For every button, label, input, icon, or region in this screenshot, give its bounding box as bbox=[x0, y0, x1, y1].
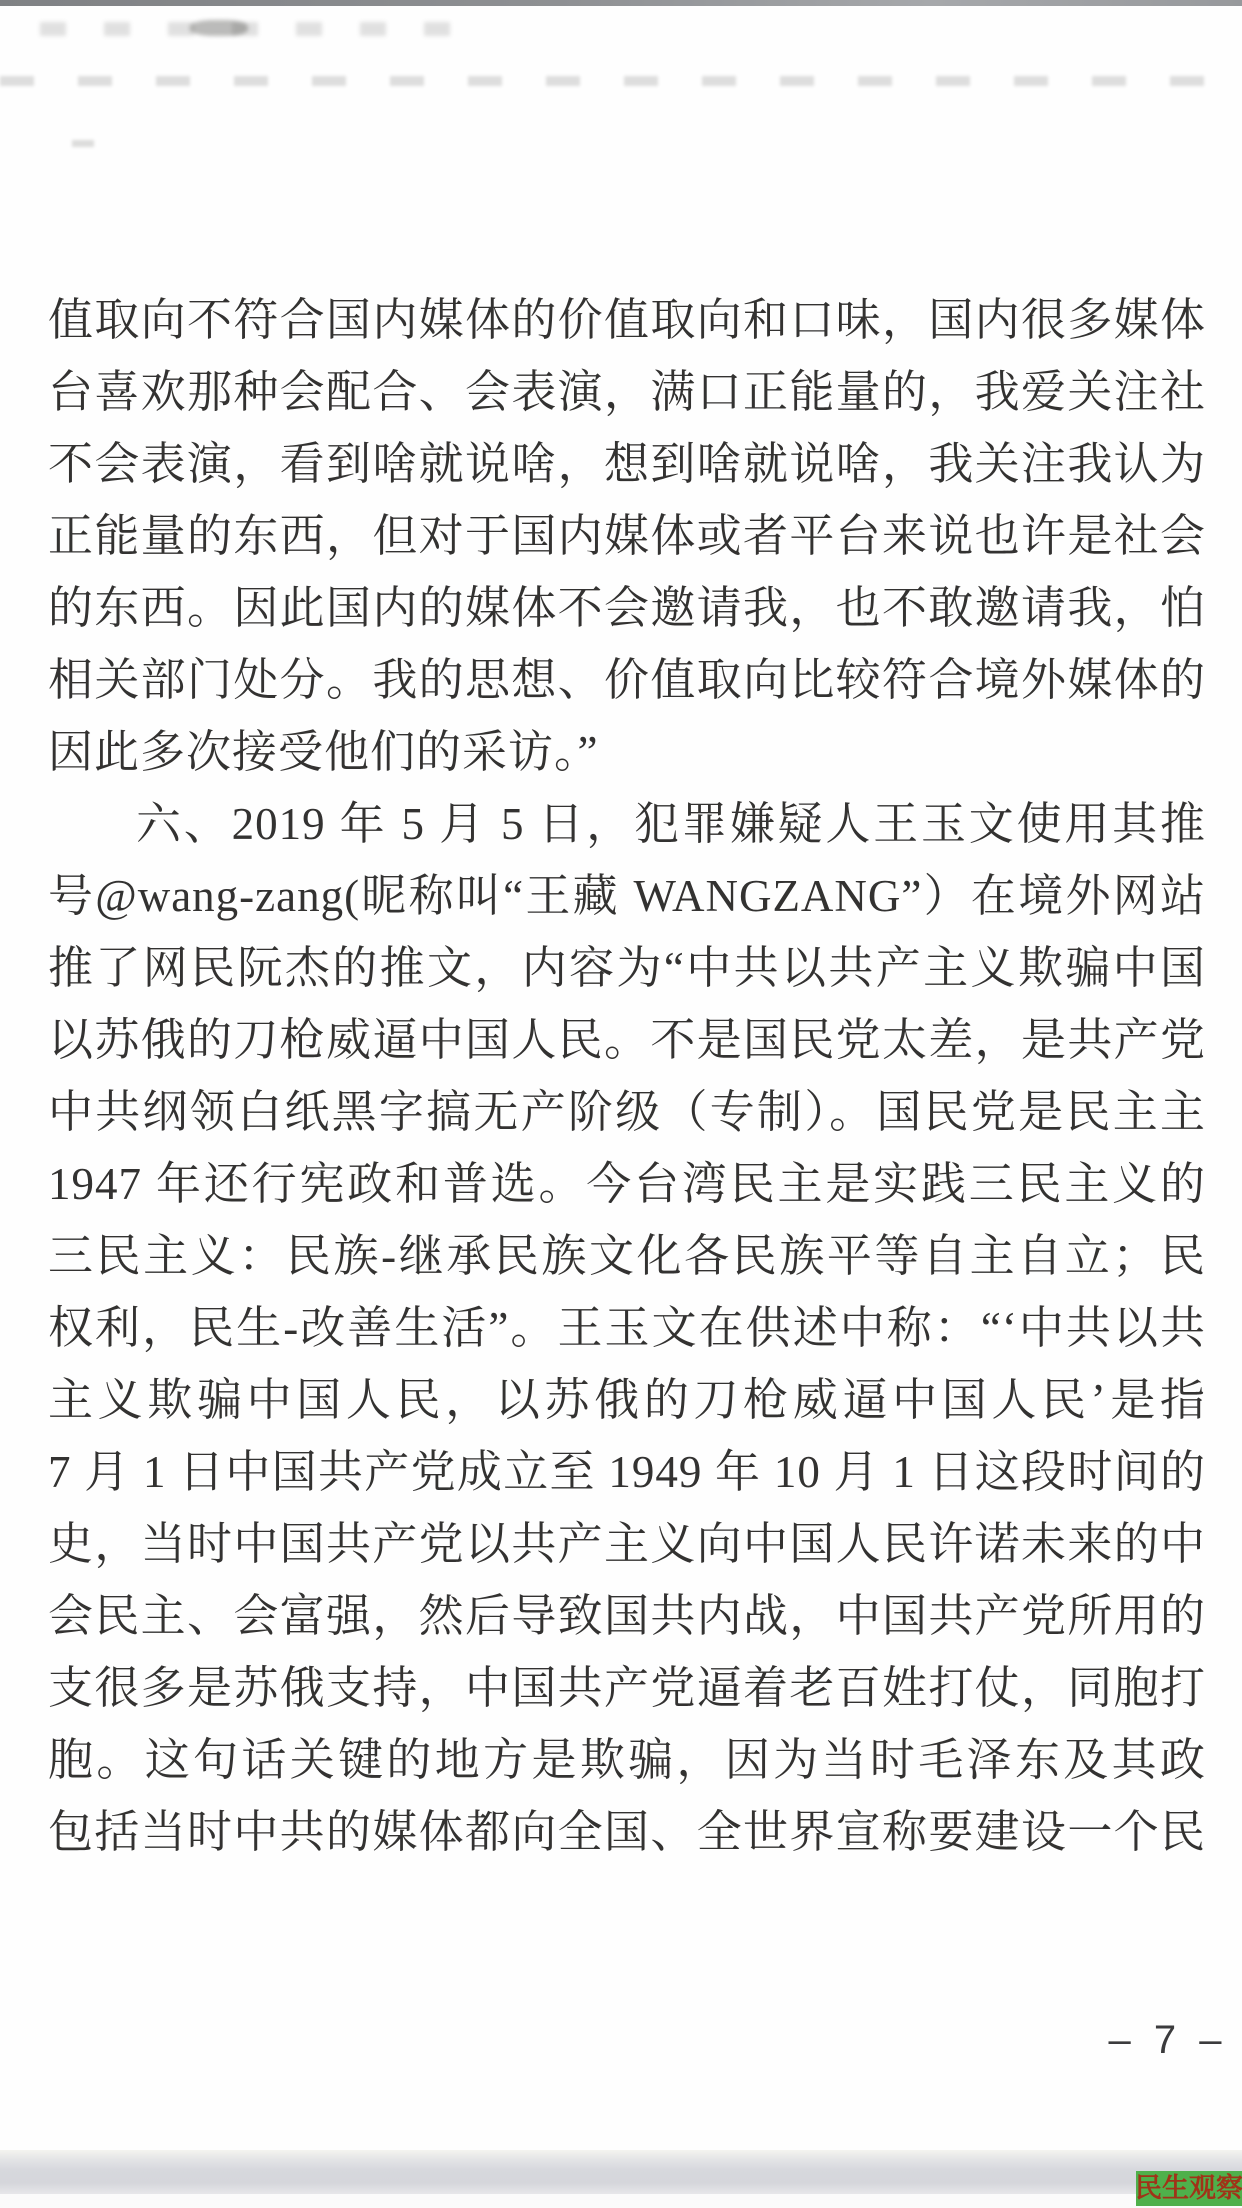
text-line: 7 月 1 日中国共产党成立至 1949 年 10 月 1 日这段时间的历 bbox=[48, 1436, 1206, 1508]
watermark-label: 民生观察 bbox=[1135, 2175, 1242, 2202]
text-line: 推了网民阮杰的推文，内容为“中共以共产主义欺骗中国人民， bbox=[48, 932, 1206, 1004]
scan-top-edge-strip bbox=[0, 0, 1242, 6]
text-line: 主义欺骗中国人民，以苏俄的刀枪威逼中国人民’是指 1921 年 bbox=[48, 1364, 1206, 1436]
bleedthrough-marks-row2 bbox=[0, 76, 1242, 86]
text-line: 不会表演，看到啥就说啥，想到啥就说啥，我关注我认为是真正 bbox=[48, 428, 1206, 500]
page-bottom-edge-shadow bbox=[0, 2150, 1242, 2194]
text-line: 1947 年还行宪政和普选。今台湾民主是实践三民主义的成果！ bbox=[48, 1148, 1206, 1220]
text-line: 相关部门处分。我的思想、价值取向比较符合境外媒体的口味， bbox=[48, 644, 1206, 716]
text-line: 值取向不符合国内媒体的价值取向和口味，国内很多媒体或者平 bbox=[48, 284, 1206, 356]
text-line: 正能量的东西，但对于国内媒体或者平台来说也许是社会负能量 bbox=[48, 500, 1206, 572]
text-line: 号@wang-zang(昵称叫“王藏 WANGZANG”）在境外网站推特上转 bbox=[48, 860, 1206, 932]
text-line: 支很多是苏俄支持，中国共产党逼着老百姓打仗，同胞打同 bbox=[48, 1652, 1206, 1724]
text-line: 以苏俄的刀枪威逼中国人民。不是国民党太差，是共产党太坏！ bbox=[48, 1004, 1206, 1076]
text-line: 胞。这句话关键的地方是欺骗，因为当时毛泽东及其政党， bbox=[48, 1724, 1206, 1796]
scanned-document-page: 值取向不符合国内媒体的价值取向和口味，国内很多媒体或者平 台喜欢那种会配合、会表… bbox=[0, 0, 1242, 2208]
text-line: 三民主义：民族-继承民族文化各民族平等自主自立；民权-民主 bbox=[48, 1220, 1206, 1292]
bleedthrough-smudge bbox=[190, 20, 248, 36]
page-number: – 7 – bbox=[1108, 2018, 1228, 2063]
minsheng-watermark-badge: 民生观察 bbox=[1136, 2171, 1242, 2206]
text-line: 的东西。因此国内的媒体不会邀请我，也不敢邀请我，怕被国家 bbox=[48, 572, 1206, 644]
document-text-block: 值取向不符合国内媒体的价值取向和口味，国内很多媒体或者平 台喜欢那种会配合、会表… bbox=[48, 284, 1206, 1868]
text-line: 史，当时中国共产党以共产主义向中国人民许诺未来的中国 bbox=[48, 1508, 1206, 1580]
bleedthrough-dot bbox=[72, 140, 94, 147]
text-line: 权利，民生-改善生活”。王玉文在供述中称：“‘中共以共产 bbox=[48, 1292, 1206, 1364]
text-line: 中共纲领白纸黑字搞无产阶级（专制）。国民党是民主主义政党， bbox=[48, 1076, 1206, 1148]
below-page-area bbox=[0, 2194, 1242, 2208]
text-line-paragraph-start: 六、2019 年 5 月 5 日，犯罪嫌疑人王玉文使用其推特账 bbox=[48, 788, 1206, 860]
bleedthrough-marks-row1 bbox=[40, 22, 460, 36]
text-line: 会民主、会富强，然后导致国共内战，中国共产党所用的枪 bbox=[48, 1580, 1206, 1652]
text-line: 台喜欢那种会配合、会表演，满口正能量的，我爱关注社会问题， bbox=[48, 356, 1206, 428]
text-line: 因此多次接受他们的采访。” bbox=[48, 716, 1206, 788]
text-line: 包括当时中共的媒体都向全国、全世界宣称要建设一个民主、 bbox=[48, 1796, 1206, 1868]
